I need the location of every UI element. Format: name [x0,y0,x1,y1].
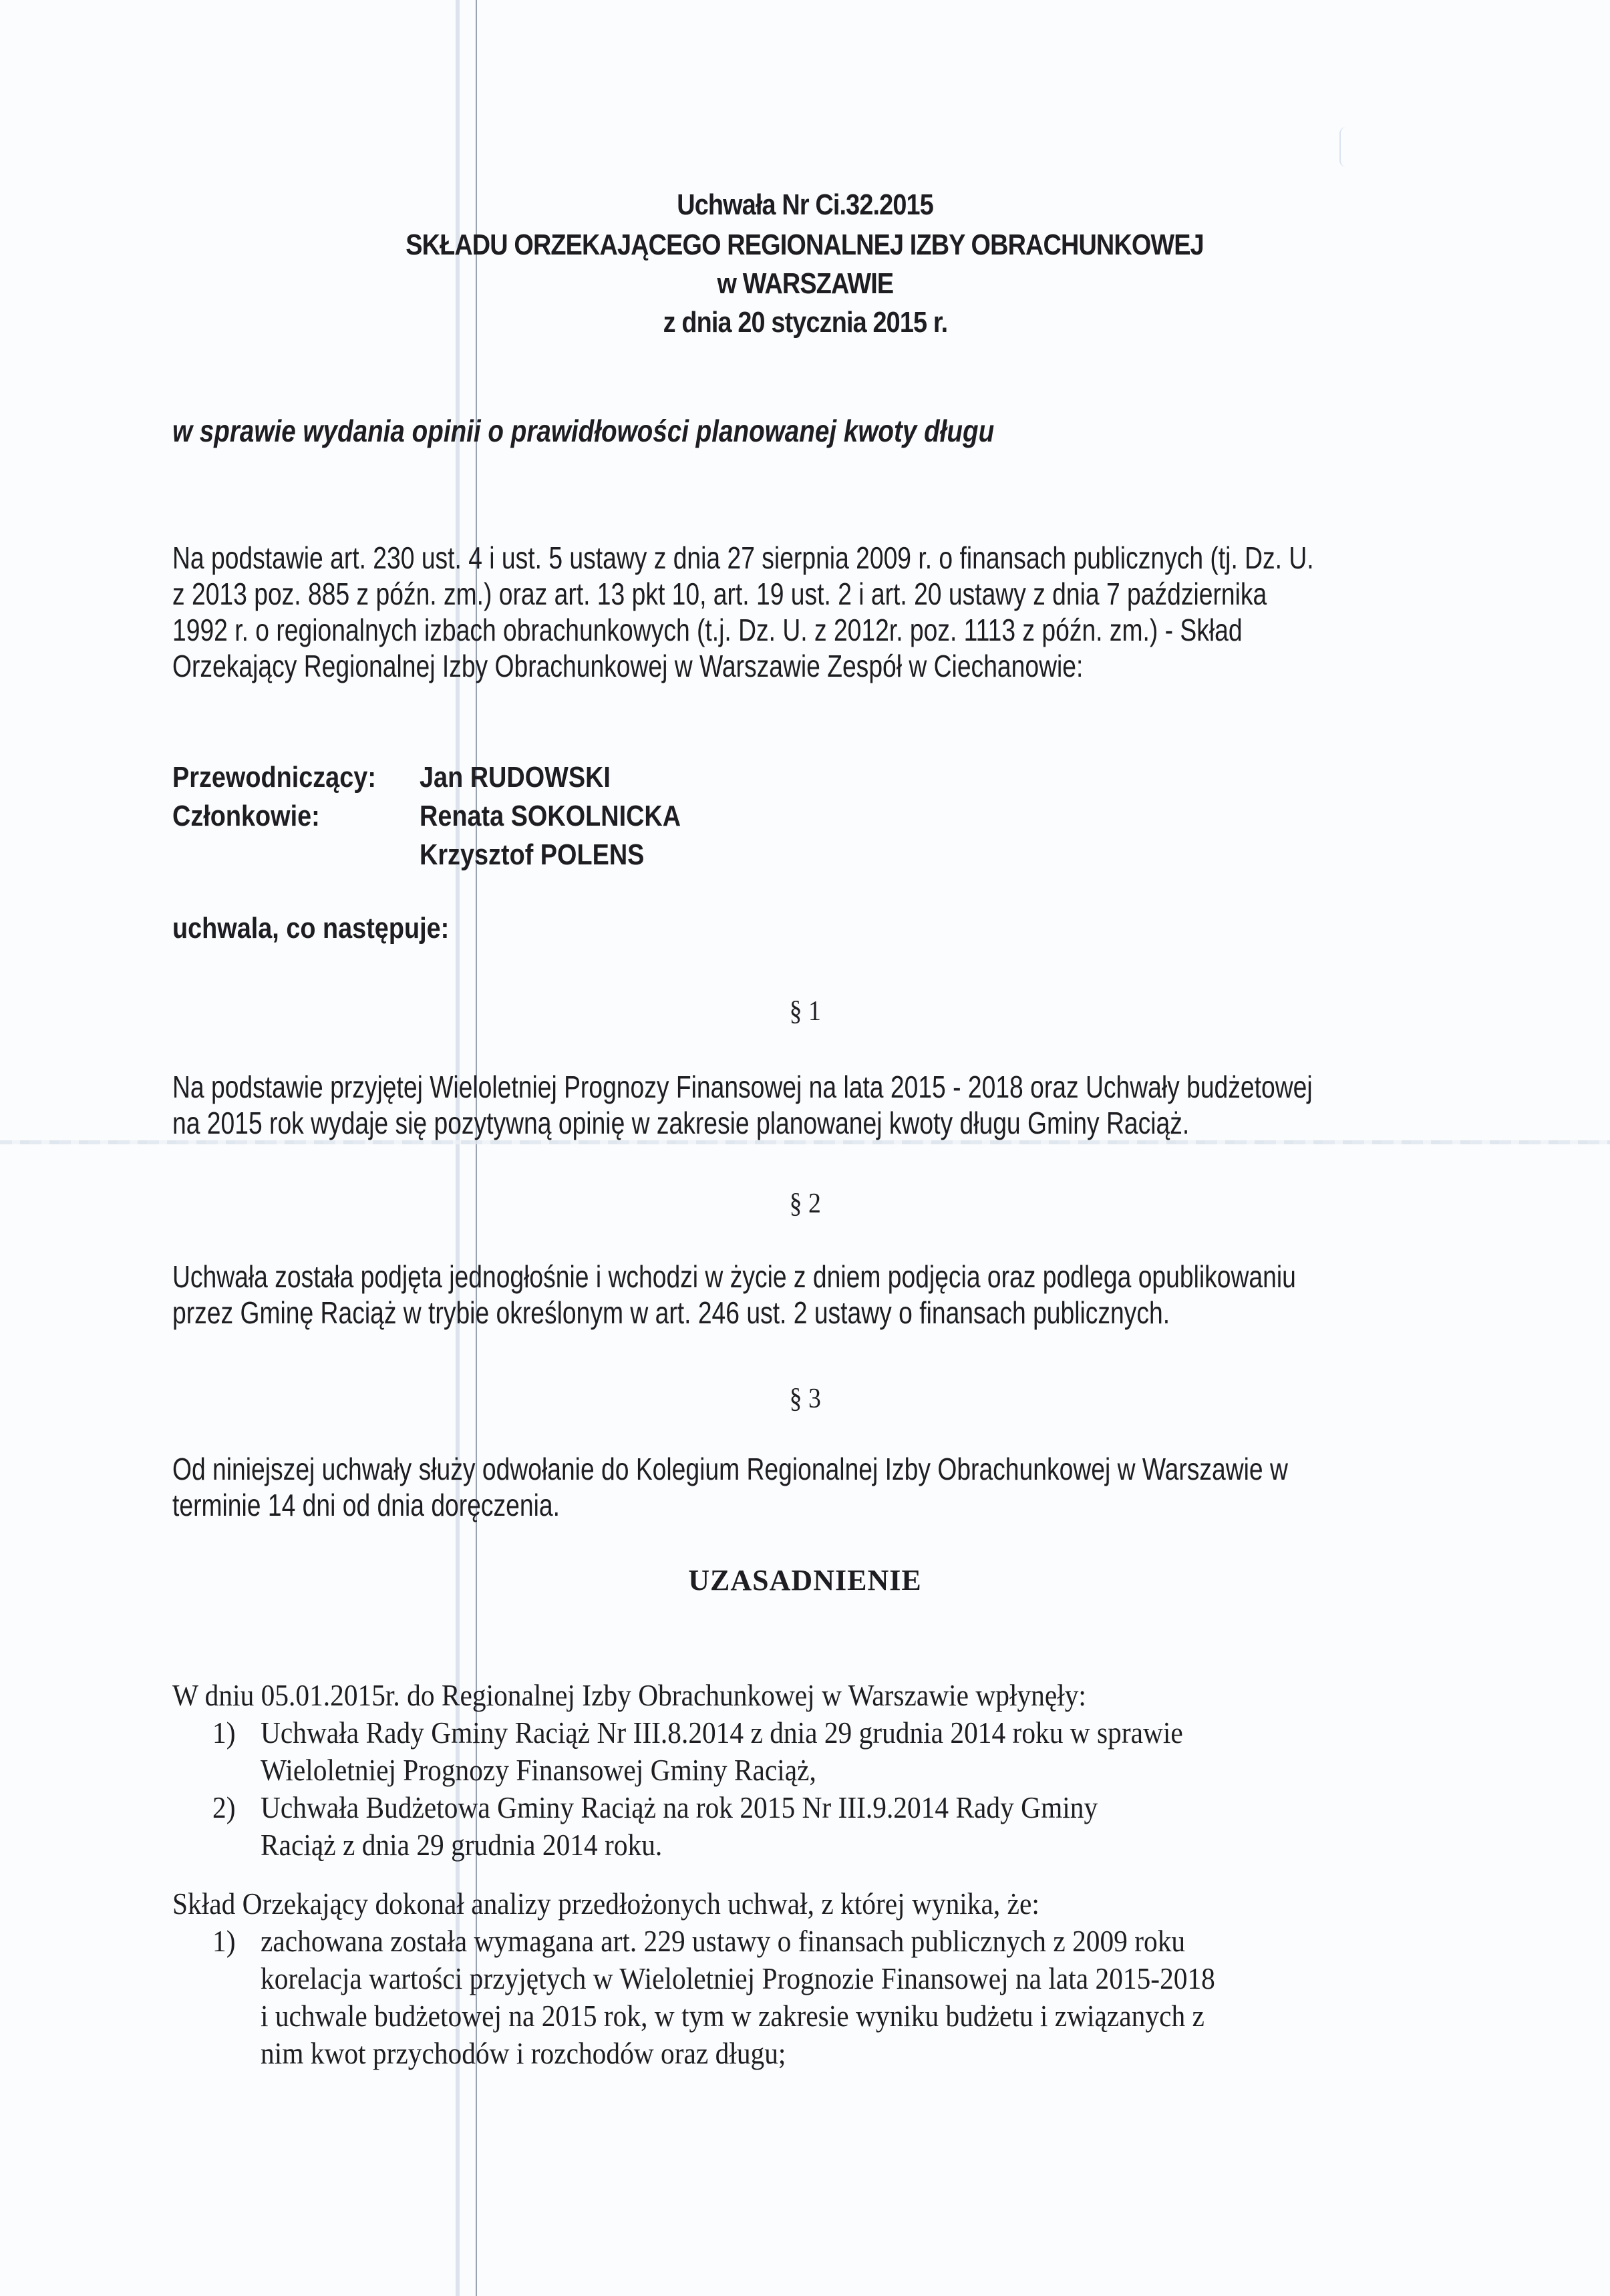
issuing-city: w WARSZAWIE [0,267,1610,301]
section-2-text: Uchwała została podjęta jednogłośnie i w… [172,1259,1422,1331]
resolves-clause: uchwala, co następuje: [172,912,449,945]
members-label: Członkowie: [172,797,320,836]
member-name: Krzysztof POLENS [420,836,644,874]
resolution-number: Uchwała Nr Ci.32.2015 [0,188,1610,222]
received-item: 1) Uchwała Rady Gminy Raciąż Nr III.8.20… [172,1714,1285,1789]
legal-basis-paragraph: Na podstawie art. 230 ust. 4 i ust. 5 us… [172,540,1422,684]
section-2-mark: § 2 [0,1188,1610,1220]
chair-name: Jan RUDOWSKI [420,758,611,797]
section-3-text: Od niniejszej uchwały służy odwołanie do… [172,1451,1422,1523]
received-item: 2) Uchwała Budżetowa Gminy Raciąż na rok… [172,1789,1285,1864]
member-name: Renata SOKOLNICKA [420,797,681,836]
resolution-subject: w sprawie wydania opinii o prawidłowości… [172,413,994,449]
chair-label: Przewodniczący: [172,758,376,797]
section-3-mark: § 3 [0,1383,1610,1415]
resolution-date: z dnia 20 stycznia 2015 r. [0,306,1610,339]
scan-mark [1339,127,1350,167]
justification-analysis: Skład Orzekający dokonał analizy przedło… [172,1885,1321,2072]
section-1-text: Na podstawie przyjętej Wieloletniej Prog… [172,1069,1422,1141]
justification-heading: UZASADNIENIE [0,1563,1610,1597]
justification-received: W dniu 05.01.2015r. do Regionalnej Izby … [172,1677,1285,1864]
issuing-body: SKŁADU ORZEKAJĄCEGO REGIONALNEJ IZBY OBR… [0,228,1610,262]
section-1-mark: § 1 [0,995,1610,1027]
finding-item: 1) zachowana została wymagana art. 229 u… [172,1923,1321,2072]
